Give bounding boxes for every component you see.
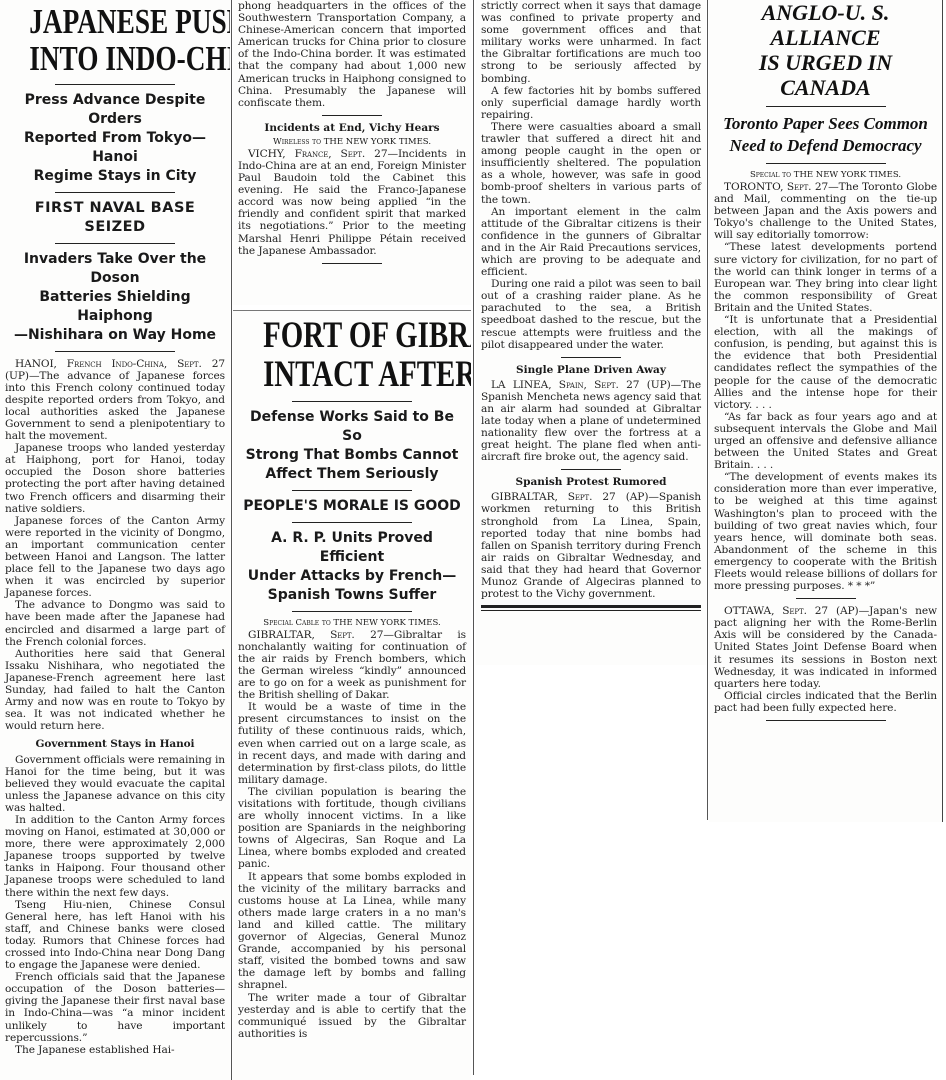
deck-line: Press Advance Despite Orders — [5, 91, 225, 129]
headline-japan-line-1: JAPANESE PUSH ON — [29, 4, 201, 41]
paragraph: strictly correct when it says that damag… — [481, 0, 701, 85]
divider — [561, 469, 621, 470]
paragraph: It appears that some bombs exploded in t… — [238, 871, 466, 992]
article-canada-column: ANGLO-U. S. ALLIANCE IS URGED IN CANADA … — [709, 0, 943, 822]
paragraph: In addition to the Canton Army forces mo… — [5, 814, 225, 899]
paragraph: Japanese forces of the Canton Army were … — [5, 515, 225, 600]
headline-gibraltar-line-2: INTACT AFTER RAIDS — [263, 356, 441, 395]
divider — [55, 351, 175, 352]
divider — [766, 106, 886, 107]
deck-line: A. R. P. Units Proved Efficient — [238, 529, 466, 567]
divider — [55, 192, 175, 193]
deck-japan-3: Invaders Take Over the Doson Batteries S… — [5, 250, 225, 345]
end-rule — [481, 605, 701, 611]
deck-gibraltar-2: PEOPLE'S MORALE IS GOOD — [238, 497, 466, 516]
paragraph: Japanese troops who landed yesterday at … — [5, 442, 225, 515]
subhead-vichy: Incidents at End, Vichy Hears — [238, 122, 466, 134]
credit-line: Special Cable to THE NEW YORK TIMES. — [238, 618, 466, 628]
dateline: GIBRALTAR, Sept. 27 — [248, 629, 383, 641]
dateline: TORONTO, Sept. 27 — [724, 181, 828, 193]
paragraph: phong headquarters in the offices of the… — [238, 0, 466, 109]
paragraph: It would be a waste of time in the prese… — [238, 701, 466, 786]
paragraph: —Japan's new pact aligning her with the … — [714, 605, 937, 690]
deck-gibraltar-3: A. R. P. Units Proved Efficient Under At… — [238, 529, 466, 605]
paragraph: Official circles indicated that the Berl… — [714, 690, 937, 714]
headline-canada-line-2: IS URGED IN CANADA — [714, 50, 937, 100]
article-japan-column-1: JAPANESE PUSH ON INTO INDO-CHINA Press A… — [0, 0, 230, 1080]
deck-gibraltar-1: Defense Works Said to Be So Strong That … — [238, 408, 466, 484]
article-japan-column-2: phong headquarters in the offices of the… — [233, 0, 471, 305]
deck-line: Strong That Bombs Cannot — [238, 446, 466, 465]
paragraph: The advance to Dongmo was said to have b… — [5, 599, 225, 647]
paragraph: —Incidents in Indo-China are at an end, … — [238, 148, 466, 257]
divider — [292, 522, 412, 523]
credit-line: Special to THE NEW YORK TIMES. — [714, 170, 937, 180]
credit-line: Wireless to THE NEW YORK TIMES. — [238, 137, 466, 147]
divider — [55, 84, 175, 85]
continuation-body: phong headquarters in the offices of the… — [238, 0, 466, 109]
paragraph: “The development of events makes its con… — [714, 471, 937, 592]
dateline: VICHY, France, Sept. 27 — [248, 148, 387, 160]
paragraph: The civilian population is bearing the v… — [238, 786, 466, 871]
deck-line: Under Attacks by French— — [238, 567, 466, 586]
gibraltar-continuation-body: strictly correct when it says that damag… — [481, 0, 701, 351]
headline-japan-line-2: INTO INDO-CHINA — [29, 41, 201, 78]
paragraph: Tseng Hiu-nien, Chinese Consul General h… — [5, 899, 225, 972]
paragraph: Government officials were remaining in H… — [5, 754, 225, 814]
deck-japan-2: FIRST NAVAL BASE SEIZED — [5, 199, 225, 237]
deck-line: Defense Works Said to Be So — [238, 408, 466, 446]
paragraph: An important element in the calm attitud… — [481, 206, 701, 279]
dateline: OTTAWA, Sept. 27 (AP) — [724, 605, 859, 617]
divider — [322, 263, 382, 264]
ottawa-body: OTTAWA, Sept. 27 (AP)—Japan's new pact a… — [714, 605, 937, 714]
deck-line: Regime Stays in City — [5, 167, 225, 186]
divider — [766, 163, 886, 164]
article-canada-body: TORONTO, Sept. 27—The Toronto Globe and … — [714, 181, 937, 592]
paragraph: “As far back as four years ago and at su… — [714, 411, 937, 471]
paragraph: There were casualties aboard a small tra… — [481, 121, 701, 206]
paragraph: “It is unfortunate that a Presidential e… — [714, 314, 937, 411]
vichy-body: VICHY, France, Sept. 27—Incidents in Ind… — [238, 148, 466, 257]
article-gibraltar-body: GIBRALTAR, Sept. 27—Gibraltar is nonchal… — [238, 629, 466, 1040]
deck-line: Reported From Tokyo—Hanoi — [5, 129, 225, 167]
article-japan-body: HANOI, French Indo-China, Sept. 27 (UP)—… — [5, 358, 225, 1056]
deck-japan-1: Press Advance Despite Orders Reported Fr… — [5, 91, 225, 186]
paragraph: —Spanish workmen returning to this Briti… — [481, 491, 701, 600]
column-divider — [231, 0, 232, 1080]
paragraph: —The advance of Japanese forces into thi… — [5, 370, 225, 442]
deck-line: Spanish Towns Suffer — [238, 586, 466, 605]
divider — [55, 243, 175, 244]
deck-line: —Nishihara on Way Home — [5, 326, 225, 345]
paragraph: The writer made a tour of Gibraltar yest… — [238, 992, 466, 1040]
paragraph: The Japanese established Hai- — [5, 1044, 225, 1056]
paragraph: —The Spanish Mencheta news agency said t… — [481, 379, 701, 464]
subhead-spanish-protest: Spanish Protest Rumored — [481, 476, 701, 488]
divider — [322, 115, 382, 116]
deck-line: Toronto Paper Sees Common — [714, 113, 937, 135]
article-gibraltar-column-2: strictly correct when it says that damag… — [476, 0, 706, 665]
divider — [796, 598, 856, 599]
deck-line: Batteries Shielding Haiphong — [5, 288, 225, 326]
single-plane-body: LA LINEA, Spain, Sept. 27 (UP)—The Spani… — [481, 379, 701, 464]
paragraph: A few factories hit by bombs suffered on… — [481, 85, 701, 121]
divider — [561, 357, 621, 358]
spanish-protest-body: GIBRALTAR, Sept. 27 (AP)—Spanish workmen… — [481, 491, 701, 600]
deck-line: Affect Them Seriously — [238, 465, 466, 484]
deck-line: Need to Defend Democracy — [714, 135, 937, 157]
deck-line: Invaders Take Over the Doson — [5, 250, 225, 288]
divider — [292, 611, 412, 612]
headline-gibraltar-line-1: FORT OF GIBRALTAR — [263, 317, 441, 356]
divider — [292, 490, 412, 491]
headline-canada-line-1: ANGLO-U. S. ALLIANCE — [714, 0, 937, 50]
divider — [292, 401, 412, 402]
divider — [766, 720, 886, 721]
paragraph: Authorities here said that General Issak… — [5, 648, 225, 733]
subhead-single-plane: Single Plane Driven Away — [481, 364, 701, 376]
column-divider — [473, 0, 474, 1075]
dateline: GIBRALTAR, Sept. 27 (AP) — [491, 491, 648, 503]
paragraph: “These latest developments portend sure … — [714, 241, 937, 314]
deck-canada: Toronto Paper Sees Common Need to Defend… — [714, 113, 937, 157]
paragraph: During one raid a pilot was seen to bail… — [481, 278, 701, 351]
column-divider — [707, 0, 708, 820]
dateline: LA LINEA, Spain, Sept. 27 (UP) — [491, 379, 671, 391]
article-gibraltar-column-1: FORT OF GIBRALTAR INTACT AFTER RAIDS Def… — [233, 310, 471, 1080]
paragraph: French officials said that the Japanese … — [5, 971, 225, 1044]
subhead-government-stays: Government Stays in Hanoi — [5, 738, 225, 750]
